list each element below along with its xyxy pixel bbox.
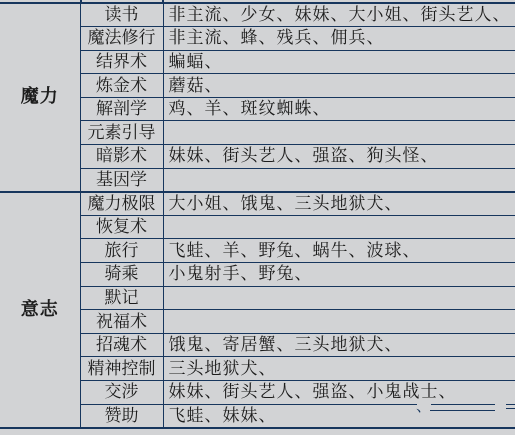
skill-cell: 解剖学 — [80, 97, 163, 121]
underline-segment — [506, 408, 515, 410]
skill-cell: 旅行 — [80, 239, 163, 263]
screenshot-stage: 魔力 读书 非主流、少女、妹妹、大小姐、街头艺人、 魔法修行 非主流、蜂、残兵、… — [0, 0, 515, 435]
skill-cell: 元素引导 — [80, 121, 163, 145]
items-cell: 飞蛙、妹妹、 — [163, 404, 515, 428]
skill-cell: 炼金术 — [80, 74, 163, 98]
category-cell-magic: 魔力 — [0, 3, 80, 192]
items-cell: 妹妹、街头艺人、强盗、小鬼战士、 — [163, 381, 515, 405]
skill-cell: 精神控制 — [80, 357, 163, 381]
skill-cell: 招魂术 — [80, 333, 163, 357]
skill-cell: 赞助 — [80, 404, 163, 428]
skill-cell: 祝福术 — [80, 310, 163, 334]
stray-comma-mark: 、 — [416, 399, 431, 414]
items-cell: 蝙蝠、 — [163, 50, 515, 74]
items-cell: 非主流、蜂、残兵、佣兵、 — [163, 27, 515, 51]
category-cell-will: 意志 — [0, 192, 80, 428]
skill-cell: 暗影术 — [80, 145, 163, 169]
skill-cell: 读书 — [80, 3, 163, 27]
items-cell: 饿鬼、寄居蟹、三头地狱犬、 — [163, 333, 515, 357]
skill-cell: 骑乘 — [80, 263, 163, 287]
items-cell — [163, 168, 515, 192]
items-cell — [163, 215, 515, 239]
items-cell: 妹妹、街头艺人、强盗、狗头怪、 — [163, 145, 515, 169]
items-cell: 飞蛙、羊、野兔、蜗牛、波球、 — [163, 239, 515, 263]
skill-cell: 魔力极限 — [80, 192, 163, 216]
border-gap-artifact — [495, 404, 506, 409]
skill-cell: 基因学 — [80, 168, 163, 192]
skill-cell: 结界术 — [80, 50, 163, 74]
table-body: 魔力 读书 非主流、少女、妹妹、大小姐、街头艺人、 魔法修行 非主流、蜂、残兵、… — [0, 3, 515, 428]
items-cell: 非主流、少女、妹妹、大小姐、街头艺人、 — [163, 3, 515, 27]
skill-trainer-table: 魔力 读书 非主流、少女、妹妹、大小姐、街头艺人、 魔法修行 非主流、蜂、残兵、… — [0, 2, 515, 429]
items-cell: 鸡、羊、斑纹蜘蛛、 — [163, 97, 515, 121]
skill-cell: 恢复术 — [80, 215, 163, 239]
items-cell — [163, 286, 515, 310]
items-cell: 蘑菇、 — [163, 74, 515, 98]
table-row: 意志 魔力极限 大小姐、饿鬼、三头地狱犬、 — [0, 192, 515, 216]
skill-cell: 默记 — [80, 286, 163, 310]
skill-cell: 交涉 — [80, 381, 163, 405]
table-row: 魔力 读书 非主流、少女、妹妹、大小姐、街头艺人、 — [0, 3, 515, 27]
items-cell: 大小姐、饿鬼、三头地狱犬、 — [163, 192, 515, 216]
items-cell — [163, 310, 515, 334]
items-cell: 小鬼射手、野兔、 — [163, 263, 515, 287]
items-cell: 三头地狱犬、 — [163, 357, 515, 381]
items-cell — [163, 121, 515, 145]
underline-segment — [430, 410, 495, 412]
skill-cell: 魔法修行 — [80, 27, 163, 51]
